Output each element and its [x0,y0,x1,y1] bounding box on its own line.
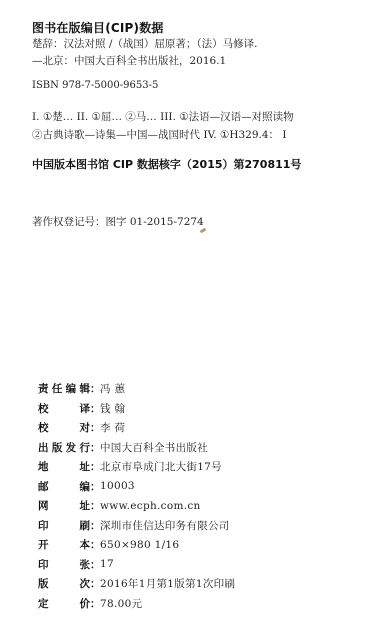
cip-title-author-line: 楚辞：汉法对照 /（战国）屈原著；（法）马修译. [32,39,257,50]
credit-row-publisher: 出 版 发 行 ： 中国大百科全书出版社 [38,438,235,458]
credit-value: 李 荷 [100,420,125,435]
credit-label: 地 址 [38,459,90,474]
credit-row-proofreader: 校 对 ： 李 荷 [38,418,235,438]
cip-publisher-line: —北京：中国大百科全书出版社，2016.1 [32,56,226,67]
classification-line-1: I. ①楚… II. ①屈… ②马… III. ①法语—汉语—对照读物 [32,112,294,123]
credit-row-printer: 印 刷 ： 深圳市佳信达印务有限公司 [38,516,235,536]
credit-row-sheets: 印 张 ： 17 [38,555,235,575]
copyright-page: 图书在版编目(CIP)数据 楚辞：汉法对照 /（战国）屈原著；（法）马修译. —… [0,0,375,631]
credit-row-address: 地 址 ： 北京市阜成门北大街17号 [38,457,235,477]
credit-label: 校 对 [38,420,90,435]
ink-mark [200,228,207,234]
credit-value: 北京市阜成门北大街17号 [100,459,222,474]
credit-row-price: 定 价 ： 78.00元 [38,594,235,614]
credit-label: 印 张 [38,557,90,572]
cip-title: 图书在版编目(CIP)数据 [32,22,164,34]
classification-line-2: ②古典诗歌—诗集—中国—战国时代 IV. ①H329.4： I [32,130,287,141]
credit-label: 校 译 [38,401,90,416]
credit-label: 印 刷 [38,518,90,533]
credit-label: 出 版 发 行 [38,440,90,455]
credit-value: 78.00元 [100,596,142,611]
credit-row-editor: 责 任 编 辑 ： 冯 蕙 [38,379,235,399]
credit-row-format: 开 本 ： 650×980 1/16 [38,535,235,555]
credit-label: 责 任 编 辑 [38,381,90,396]
credit-row-postcode: 邮 编 ： 10003 [38,477,235,497]
isbn: ISBN 978-7-5000-9653-5 [32,81,158,91]
credit-value: 中国大百科全书出版社 [100,440,208,455]
credit-value: 2016年1月第1版第1次印刷 [100,576,235,591]
credit-label: 开 本 [38,537,90,552]
copyright-registration: 著作权登记号：图字 01-2015-7274 [32,217,204,228]
credit-row-website: 网 址 ： www.ecph.com.cn [38,496,235,516]
credit-label: 网 址 [38,498,90,513]
credit-value: www.ecph.com.cn [100,500,201,512]
credits-list: 责 任 编 辑 ： 冯 蕙 校 译 ： 钱 翰 校 对 ： 李 荷 [38,379,235,613]
credit-label: 版 次 [38,576,90,591]
credit-label: 定 价 [38,596,90,611]
credit-label: 邮 编 [38,479,90,494]
credit-value: 钱 翰 [100,401,125,416]
credit-value: 650×980 1/16 [100,539,179,551]
credit-row-edition: 版 次 ： 2016年1月第1版第1次印刷 [38,574,235,594]
credit-value: 深圳市佳信达印务有限公司 [100,518,230,533]
credit-value: 17 [100,558,114,570]
credit-row-translation-proofreader: 校 译 ： 钱 翰 [38,399,235,419]
credit-value: 冯 蕙 [100,381,125,396]
credit-value: 10003 [100,480,135,492]
cip-data-number: 中国版本图书馆 CIP 数据核字（2015）第270811号 [32,159,301,170]
